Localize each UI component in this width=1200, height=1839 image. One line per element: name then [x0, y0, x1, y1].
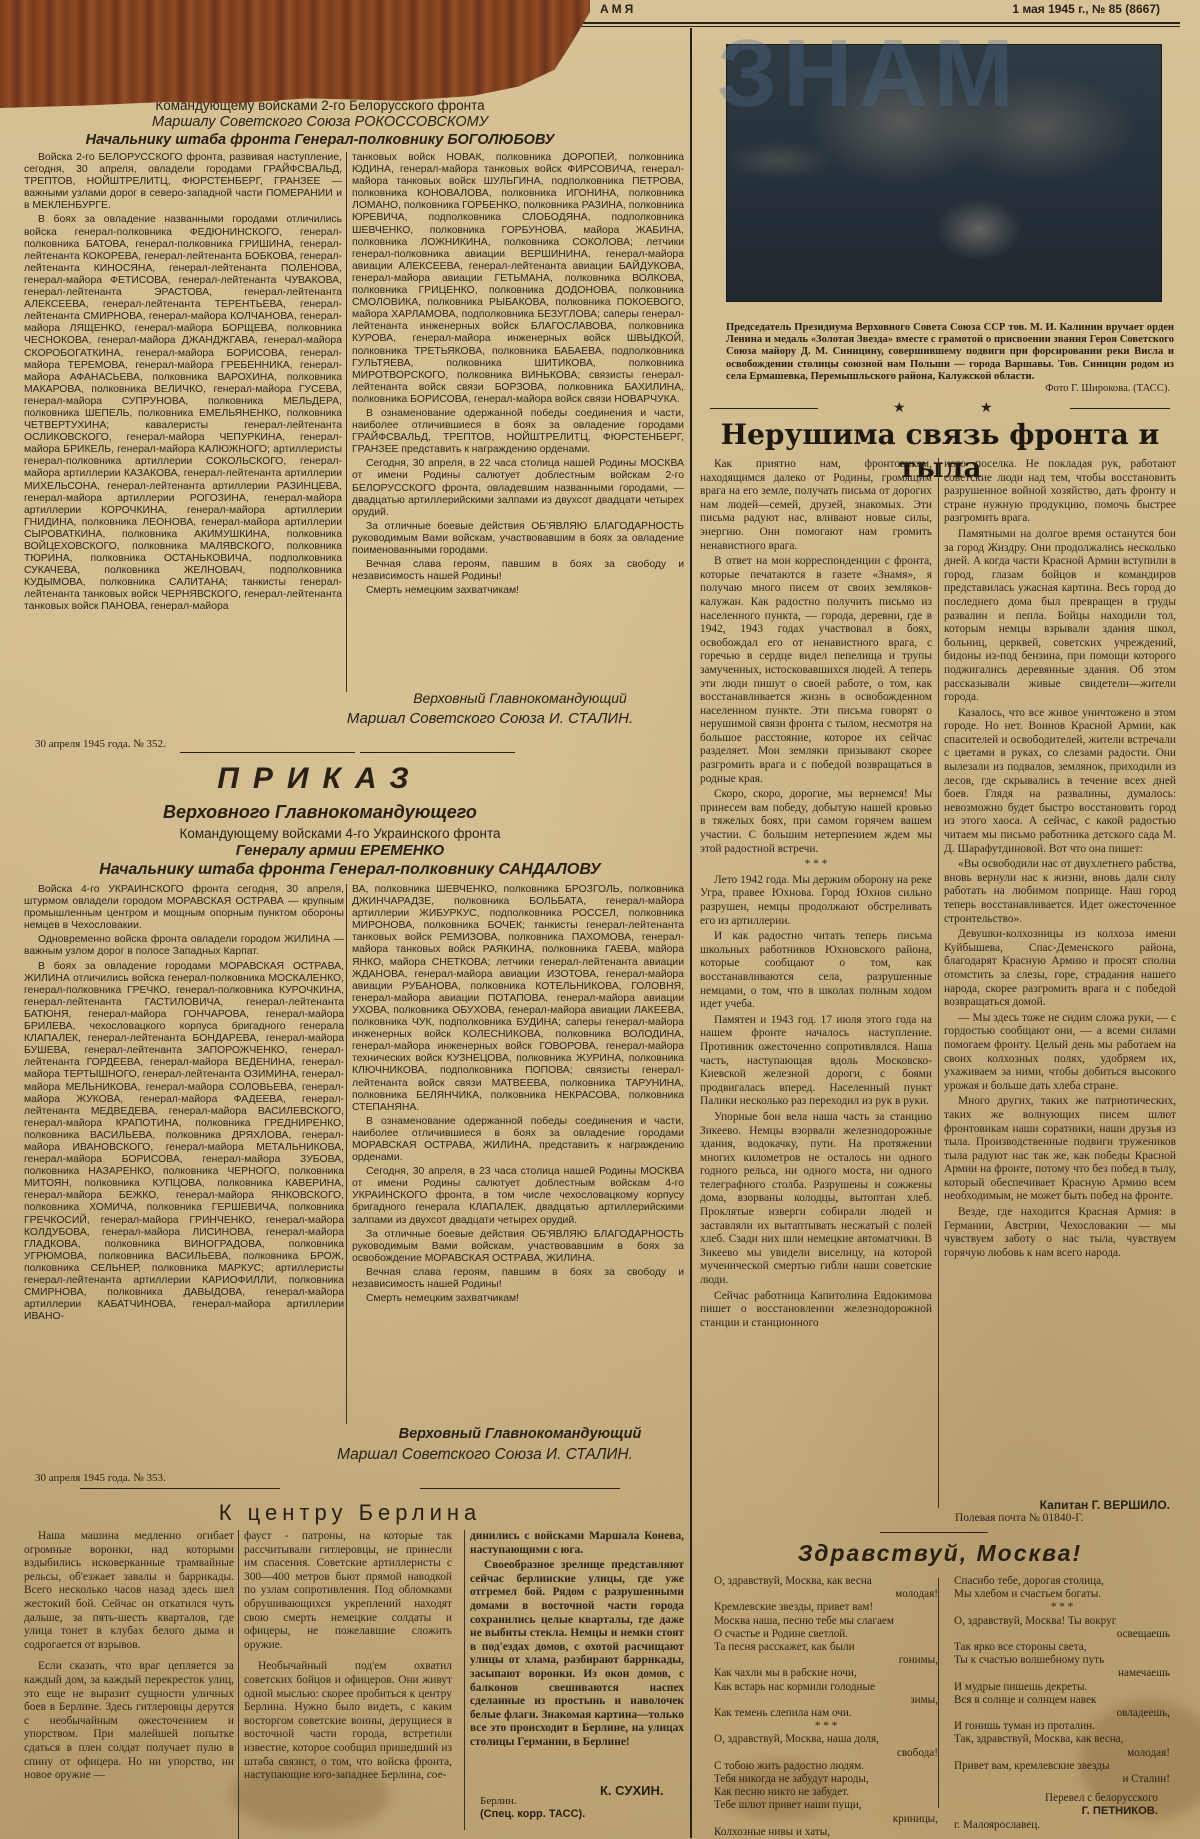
article-berlin-title: К центру Берлина [120, 1500, 580, 1526]
article-berlin-column-3: динились с войсками Маршала Конева, наст… [470, 1530, 684, 1760]
star-icon: ★ [980, 400, 993, 417]
article-berlin-column-1: Наша машина медленно огибает огромные во… [24, 1530, 234, 1839]
poem-line: Колхозные нивы и хаты, [714, 1826, 938, 1839]
order-352-column-1: Войска 2-го БЕЛОРУССКОГО фронта, развива… [24, 152, 342, 692]
order-353-date: 30 апреля 1945 года. № 353. [35, 1472, 166, 1484]
poem-line: Как темень слепила нам очи. [714, 1707, 938, 1720]
order-352-signature-title: Верховный Главнокомандующий [360, 690, 680, 706]
page-column-divider [690, 28, 692, 1838]
order-352-signature-name: Маршал Советского Союза И. СТАЛИН. [300, 710, 680, 727]
section-asterisks: * * * [700, 858, 932, 872]
photo-credit: Фото Г. Широкова. (ТАСС). [1000, 383, 1170, 395]
poem-line: Как песню никто не забудет. [714, 1786, 938, 1799]
order-352-para: За отличные боевые действия ОБ'ЯВЛЯЮ БЛА… [352, 521, 684, 557]
order-352-date: 30 апреля 1945 года. № 352. [35, 738, 166, 750]
order-353-para: Сегодня, 30 апреля, в 23 часа столица на… [352, 1166, 684, 1226]
order-352-addressee-2: Маршалу Советского Союза РОКОССОВСКОМУ [60, 114, 580, 130]
order-353-addressee-3: Начальнику штаба фронта Генерал-полковни… [70, 861, 630, 879]
star-icon: ★ [893, 400, 906, 417]
order-353-para: Войска 4-го УКРАИНСКОГО фронта сегодня, … [24, 884, 344, 932]
poem-line: и Сталин! [954, 1773, 1170, 1786]
order-353-para: Смерть немецким захватчикам! [352, 1293, 684, 1305]
poem-line: О, здравствуй, Москва, как веснамолодая! [714, 1575, 938, 1601]
poem-place: г. Малоярославец. [954, 1819, 1170, 1832]
order-353-para: В ознаменование одержанной победы соедин… [352, 1116, 684, 1164]
poem-line: И гонишь туман из проталин. [954, 1720, 1170, 1733]
poem-column-2: Спасибо тебе, дорогая столица, Мы хлебом… [954, 1575, 1170, 1832]
masthead: АМЯ 1 мая 1945 г., № 85 (8667) [600, 2, 1180, 18]
order-352-column-2: танковых войск НОВАК, полковника ДОРОПЕЙ… [352, 152, 684, 682]
article-front-para: Упорные бои вела наша часть за станцию З… [700, 1111, 932, 1288]
poem-line: Как встарь нас кормили голодныезимы, [714, 1681, 938, 1707]
poem-line: О счастье и Родине светлой. [714, 1628, 938, 1641]
order-352-para: танковых войск НОВАК, полковника ДОРОПЕЙ… [352, 152, 684, 406]
order-353-addressee-2: Генералу армии ЕРЕМЕНКО [200, 842, 480, 859]
article-berlin-author: К. СУХИН. [600, 1783, 663, 1798]
column-divider [464, 1530, 465, 1830]
order-352-para: Смерть немецким захватчикам! [352, 585, 684, 597]
paper-name-fragment: АМЯ [600, 2, 636, 16]
article-front-para: В ответ на мои корреспонденции с фронта,… [700, 555, 932, 786]
order-353-para: Вечная слава героям, павшим в боях за св… [352, 1267, 684, 1291]
article-berlin-para: фауст - патроны, на которые так рассчиты… [244, 1530, 452, 1652]
order-352-para: Сегодня, 30 апреля, в 22 часа столица на… [352, 458, 684, 518]
poem-column-1: О, здравствуй, Москва, как веснамолодая!… [714, 1575, 938, 1839]
photo-kalinin-award: ЗНАМ [726, 44, 1162, 302]
separator-rule [180, 752, 355, 753]
order-352-para: Войска 2-го БЕЛОРУССКОГО фронта, развива… [24, 152, 342, 212]
article-front-para: И как радостно читать теперь письма школ… [700, 930, 932, 1012]
article-front-column-1: Как приятно нам, фронтовикам, находящимс… [700, 458, 932, 1508]
poem-line: И мудрые пишешь декреты. [954, 1681, 1170, 1694]
article-front-para: — Мы здесь тоже не сидим сложа руки, — с… [944, 1012, 1176, 1094]
poem-line: Так ярко все стороны света, [954, 1641, 1170, 1654]
order-353-column-2: ВА, полковника ШЕВЧЕНКО, полковника БРОЗ… [352, 884, 684, 1420]
poem-line: О, здравствуй, Москва! Ты вокругосвещаеш… [954, 1615, 1170, 1641]
article-front-para: Сейчас работница Капитолина Евдокимова п… [700, 1290, 932, 1331]
article-front-para: Казалось, что все живое уничтожено в это… [944, 707, 1176, 857]
poem-line: Как чахли мы в рабские ночи, [714, 1667, 938, 1680]
order-353-signature-name: Маршал Советского Союза И. СТАЛИН. [290, 1446, 680, 1464]
article-front-column-2: ного поселка. Не покладая рук, работают … [944, 458, 1176, 1498]
separator-rule [880, 1532, 988, 1533]
order-353-para: За отличные боевые действия ОБ'ЯВЛЯЮ БЛА… [352, 1229, 684, 1265]
separator-rule [420, 1488, 620, 1489]
article-front-para: Как приятно нам, фронтовикам, находящимс… [700, 458, 932, 553]
separator-rule [710, 408, 818, 409]
order-353-signature-title: Верховный Главнокомандующий [370, 1426, 670, 1442]
separator-rule [1070, 408, 1170, 409]
article-berlin-column-2: фауст - патроны, на которые так рассчиты… [244, 1530, 452, 1839]
article-front-para: «Вы освободили нас от двухлетнего рабств… [944, 858, 1176, 926]
poem-line: О, здравствуй, Москва, наша доля,свобода… [714, 1733, 938, 1759]
article-front-para: Скоро, скоро, дорогие, мы вернемся! Мы п… [700, 788, 932, 856]
order-353-para: Одновременно войска фронта овладели горо… [24, 934, 344, 958]
article-berlin-para: динились с войсками Маршала Конева, наст… [470, 1530, 684, 1557]
separator-rule [360, 752, 515, 753]
poem-line: Мы хлебом и счастьем богаты. [954, 1588, 1170, 1601]
article-front-para: Много других, таких же патриотических, т… [944, 1095, 1176, 1204]
poem-title: Здравствуй, Москва! [700, 1540, 1180, 1567]
column-divider [346, 152, 347, 692]
article-front-para: Везде, где находится Красная Армия: в Ге… [944, 1206, 1176, 1260]
article-front-para: Памятными на долгое время останутся бои … [944, 528, 1176, 705]
article-berlin-para: Своеобразное зрелище представляют сейчас… [470, 1559, 684, 1749]
poem-line: Ты к счастью волшебному путьнамечаешь [954, 1654, 1170, 1680]
order-353-para: ВА, полковника ШЕВЧЕНКО, полковника БРОЗ… [352, 884, 684, 1114]
order-352-para: В ознаменование одержанной победы соедин… [352, 408, 684, 456]
poem-line: Вся в солнце и солнцем навековладеешь, [954, 1694, 1170, 1720]
poem-line: Спасибо тебе, дорогая столица, [954, 1575, 1170, 1588]
poem-line: Кремлевские звезды, привет вам! [714, 1601, 938, 1614]
poem-stanza-break: * * * [714, 1720, 938, 1733]
separator-rule [80, 1488, 280, 1489]
order-353-para: В боях за овладение городами МОРАВСКАЯ О… [24, 961, 344, 1324]
order-352-para: В боях за овладение названными городами … [24, 214, 342, 613]
article-front-para: Памятен и 1943 год. 17 июля этого года н… [700, 1014, 932, 1109]
issue-date-number: 1 мая 1945 г., № 85 (8667) [1012, 2, 1160, 16]
article-berlin-agency: (Спец. корр. ТАСС). [480, 1808, 585, 1820]
article-front-field-post: Полевая почта № 01840-Г. [955, 1512, 1083, 1524]
column-divider [346, 884, 347, 1424]
article-berlin-para: Если сказать, что враг цепляется за кажд… [24, 1660, 234, 1782]
article-front-para: ного поселка. Не покладая рук, работают … [944, 458, 1176, 526]
column-divider [238, 1530, 239, 1839]
photo-caption: Председатель Президиума Верховного Совет… [726, 322, 1174, 383]
poem-stanza-break: * * * [954, 1601, 1170, 1614]
poem-line: Та песня расскажет, как былигонимы, [714, 1641, 938, 1667]
order-353-addressee-1: Командующему войсками 4-го Украинского ф… [120, 826, 560, 841]
order-352-addressee-3: Начальнику штаба фронта Генерал-полковни… [50, 132, 590, 148]
order-352-para: Вечная слава героям, павшим в боях за св… [352, 559, 684, 583]
poem-translator: Г. ПЕТНИКОВ. [954, 1805, 1170, 1818]
poem-line: Тебя никогда не забудут народы, [714, 1773, 938, 1786]
order-353-subtitle: Верховного Главнокомандующего [100, 802, 540, 823]
poem-line: Москва наша, песню тебе мы слагаем [714, 1615, 938, 1628]
poem-line: Привет вам, кремлевские звезды [954, 1760, 1170, 1773]
article-front-para: Девушки-колхозницы из колхоза имени Куйб… [944, 928, 1176, 1010]
article-front-author: Капитан Г. ВЕРШИЛО. [1000, 1498, 1170, 1512]
order-353-column-1: Войска 4-го УКРАИНСКОГО фронта сегодня, … [24, 884, 344, 1430]
bleed-through-text: ЗНАМ [717, 19, 1020, 129]
poem-translator-note: Перевел с белорусского [954, 1792, 1170, 1805]
article-front-para: Лето 1942 года. Мы держим оборону на рек… [700, 874, 932, 928]
column-divider [938, 458, 939, 1508]
poem-line: С тобою жить радостно людям. [714, 1760, 938, 1773]
article-berlin-para: Наша машина медленно огибает огромные во… [24, 1530, 234, 1652]
poem-line: Так, здравствуй, Москва, как весна,молод… [954, 1733, 1170, 1759]
order-353-title: ПРИКАЗ [150, 762, 490, 796]
article-berlin-dateline: Берлин. [480, 1795, 517, 1807]
article-berlin-para: Необычайный под'ем охватил советских бой… [244, 1660, 452, 1782]
column-divider [938, 1578, 939, 1808]
poem-line: Тебе шлют привет наши пущи,криницы, [714, 1799, 938, 1825]
